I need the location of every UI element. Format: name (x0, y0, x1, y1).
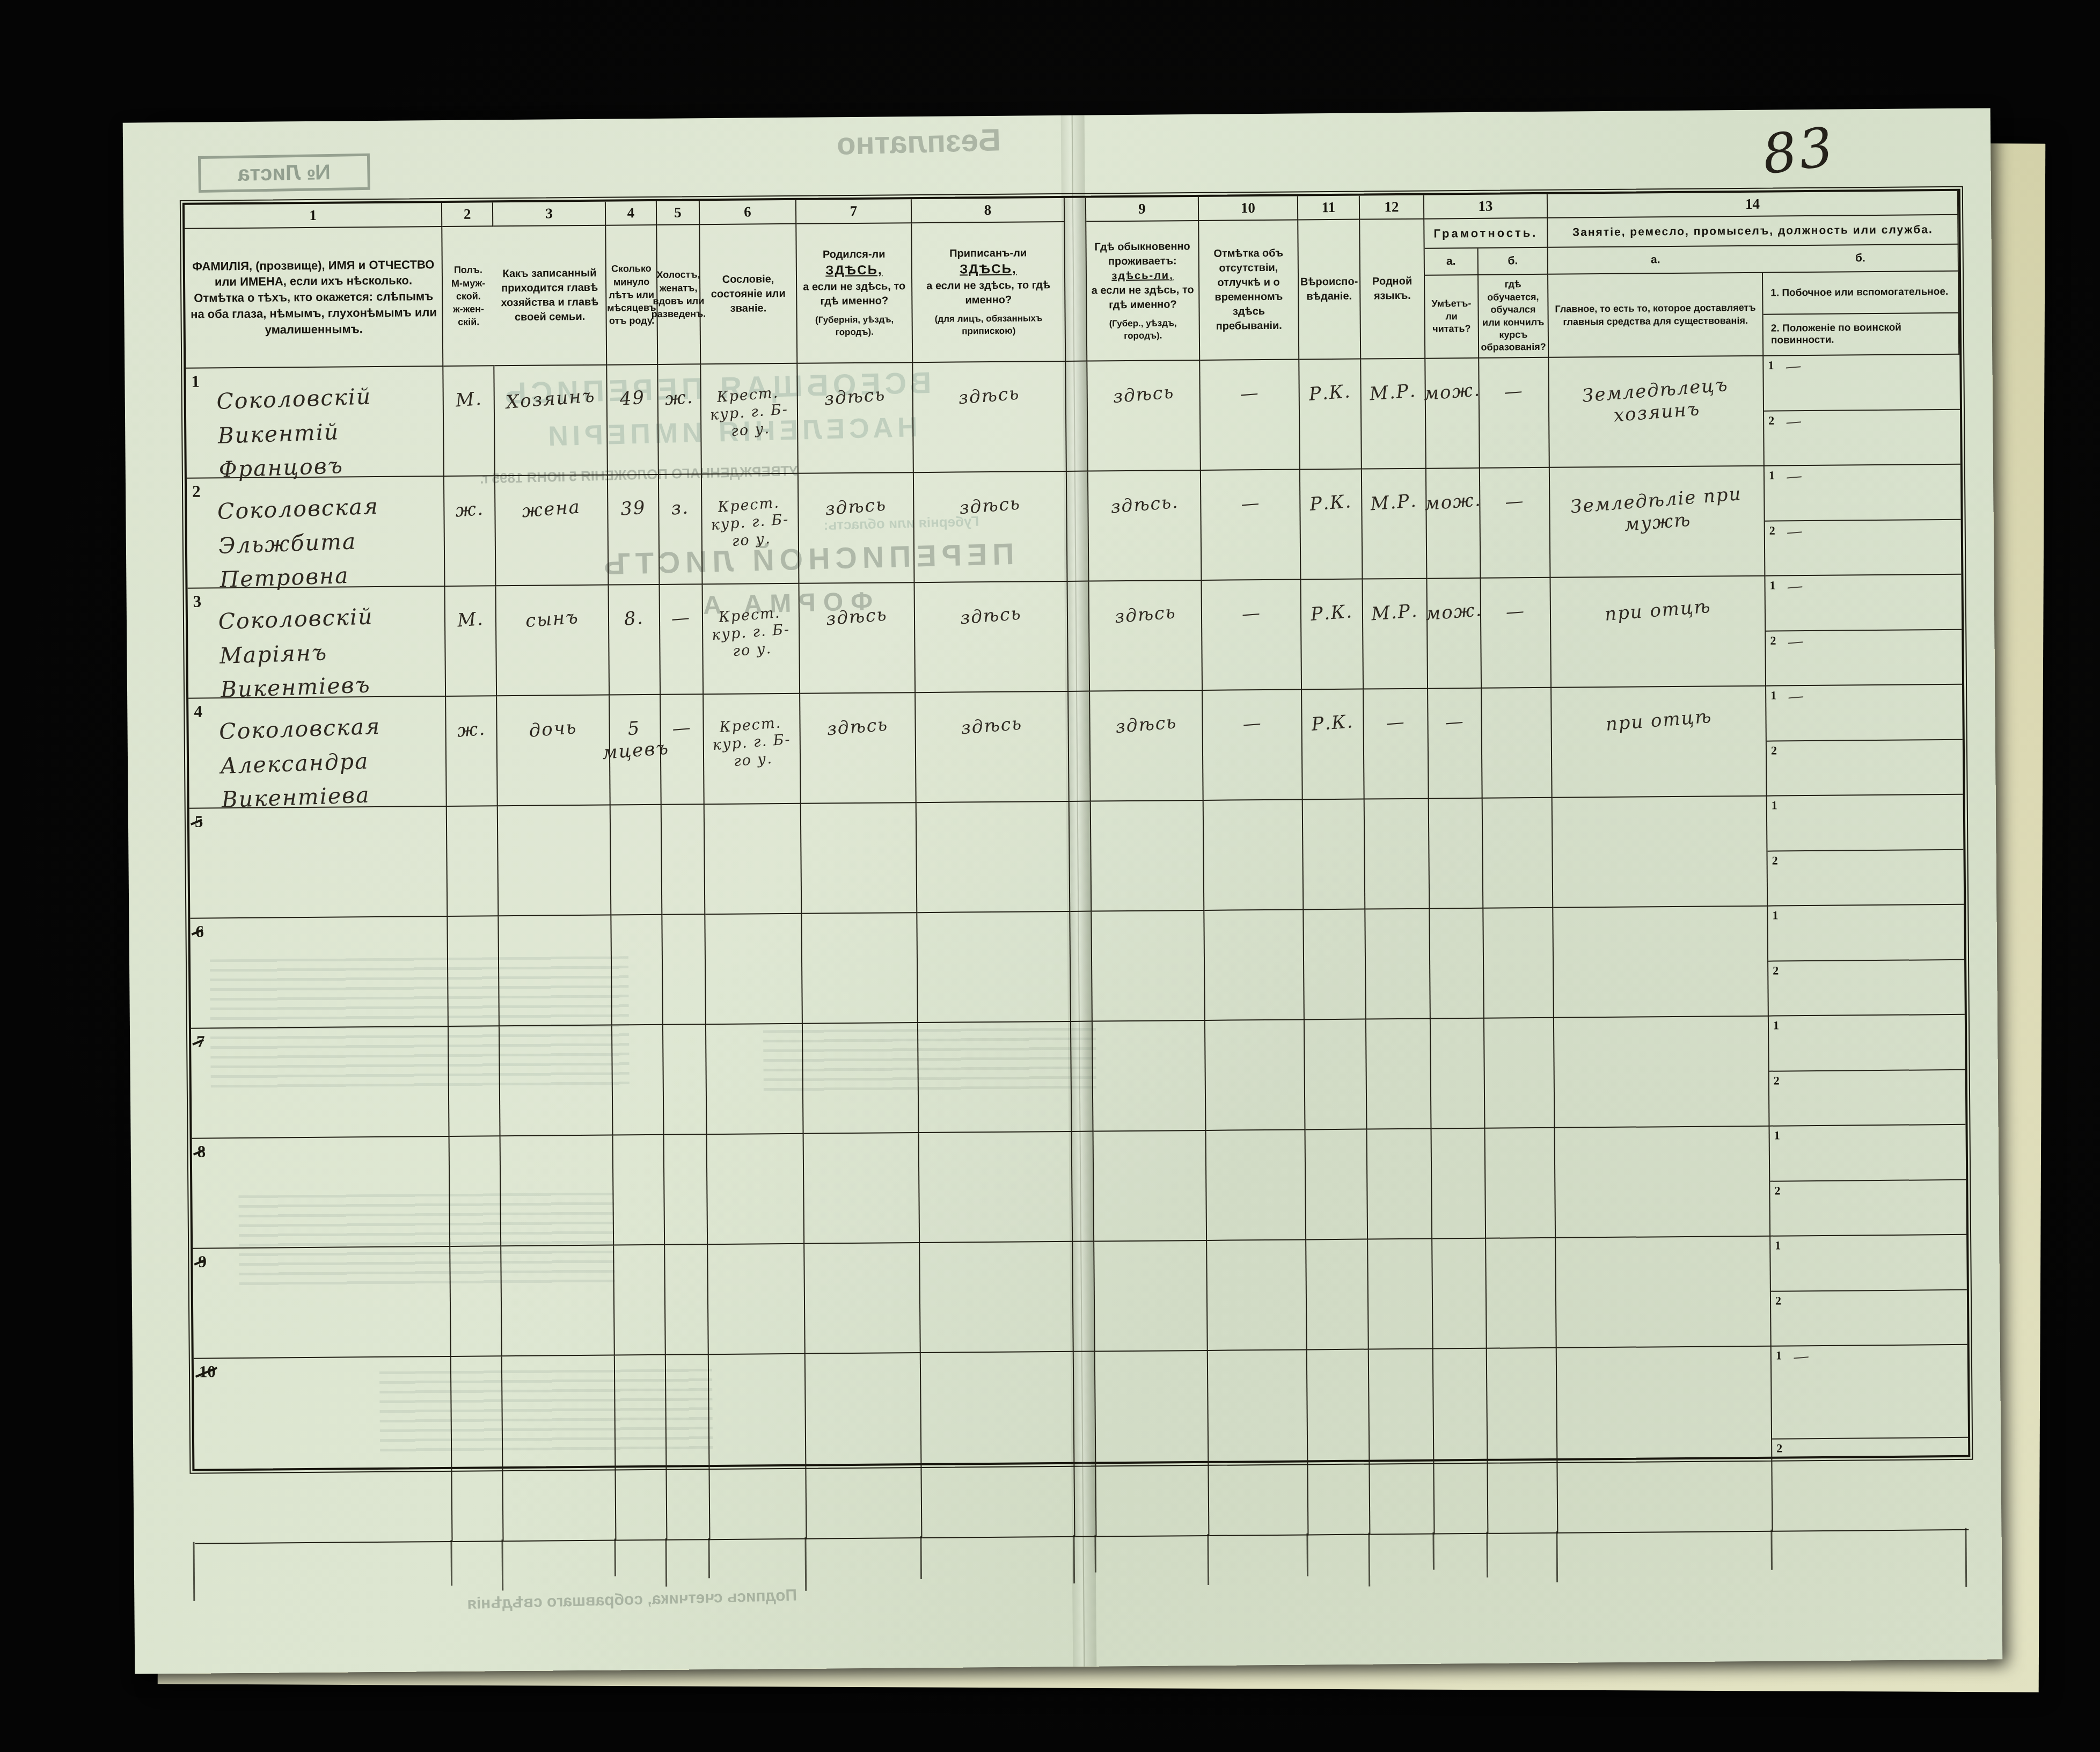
name-cell: 8 (192, 1137, 451, 1249)
absence-note-cell (1204, 910, 1305, 1020)
name-cell: 4 Соколовская Александра Викентіева (188, 697, 447, 809)
main-occupation-cell (1554, 1017, 1770, 1128)
head-reg-note: (для лицъ, обязанныхъ припискою) (917, 312, 1060, 338)
head-lives-post: а если не здѣсь, то гдѣ именно? (1091, 283, 1194, 313)
born-here-cell (806, 1353, 923, 1539)
sex-cell: М. (445, 586, 497, 697)
can-read-cell (1432, 1239, 1487, 1349)
name-cell: 3 Соколовскій Маріянъ Викентіевъ (188, 587, 447, 699)
head-reg-emph: ЗДѢСЬ, (960, 261, 1017, 279)
head-reg-pre: Приписанъ-ли (949, 246, 1027, 261)
native-language-cell: М.Р. (1363, 579, 1428, 690)
col-head-born: Родился-ли ЗДѢСЬ, а если не здѣсь, то гд… (796, 223, 913, 364)
marital-cell (664, 1135, 708, 1245)
occupation-b-desc: 1. Побочное или вспомогательное. 2. Поло… (1763, 272, 1959, 356)
age-cell: 8. (609, 585, 661, 696)
occupation-a-label: а. (1548, 246, 1763, 275)
col-head-marital: Холостъ, женатъ, вдовъ или разведенъ. (657, 225, 701, 365)
scan-background: { "page": { "number": "83" }, "header": … (0, 0, 2100, 1752)
native-language-cell (1366, 1019, 1432, 1130)
estate-cell (706, 1024, 804, 1135)
sex-cell (449, 1026, 501, 1137)
side-occupation-cell: 1 2 (1767, 795, 1964, 907)
native-language-cell (1369, 1349, 1435, 1535)
rule-tails (123, 108, 1991, 122)
usual-residence-cell: здѣсь (1089, 581, 1203, 692)
col-head-language: Родной языкъ. (1360, 220, 1425, 360)
religion-cell (1304, 910, 1366, 1020)
name-value: Соколовская Александра Викентіева (187, 693, 447, 819)
col-head-absence: Отмѣтка объ отсутствіи, отлучкѣ и о врем… (1199, 221, 1299, 361)
head-reg-post: а если не здѣсь, то гдѣ именно? (917, 278, 1060, 308)
name-cell: 10 (194, 1357, 453, 1544)
registered-here-cell: здѣсь (914, 472, 1068, 583)
absence-note-cell: — (1200, 360, 1300, 471)
main-occupation-cell (1556, 1237, 1772, 1348)
main-occupation-cell (1555, 1127, 1770, 1238)
marital-cell (662, 915, 706, 1025)
name-value: Соколовскій Маріянъ Викентіевъ (186, 583, 447, 709)
col-number: 7 (796, 199, 912, 224)
occupation-b-label: б. (1763, 245, 1959, 273)
side-occupation-cell: 1 — 2 (1772, 1345, 1969, 1532)
census-table: 1 2 3 4 5 6 7 8 9 10 11 12 13 14 ФАМИЛІЯ… (182, 189, 1970, 1471)
usual-residence-cell: здѣсь (1087, 361, 1201, 472)
usual-residence-cell (1094, 1241, 1208, 1352)
col-number: 8 (912, 198, 1065, 223)
name-value: Соколовская Эльжбита Петровна (185, 473, 445, 598)
relation-cell: Хозяинъ (494, 366, 608, 477)
religion-cell (1307, 1350, 1371, 1536)
main-occupation-cell: Земледѣлецъ хозяинъ (1549, 356, 1765, 468)
col-number: 11 (1298, 196, 1360, 221)
born-here-cell: здѣсь (799, 583, 916, 694)
col-number: 9 (1086, 197, 1199, 222)
col-head-sex: Полъ. М-муж-ской. ж-жен-скій. (442, 227, 494, 367)
side-occupation-cell: 1 — 2 — (1765, 575, 1962, 687)
absence-note-cell (1207, 1240, 1307, 1350)
education-cell: — (1481, 578, 1552, 689)
relation-cell (502, 1356, 617, 1542)
registered-here-cell (920, 1242, 1074, 1353)
name-cell: 7 (191, 1027, 450, 1139)
usual-residence-cell (1095, 1351, 1210, 1537)
col-number: 12 (1360, 195, 1424, 220)
head-born-note: (Губернія, уѣздъ, городъ). (802, 313, 908, 339)
side-occupation-sub1: 1 (1768, 905, 1964, 961)
col-number: 14 (1548, 191, 1958, 218)
age-cell (614, 1245, 666, 1356)
native-language-cell (1365, 799, 1430, 910)
main-occupation-cell: Земледѣліе при мужѣ (1550, 466, 1766, 578)
side-occupation-sub1: 1 — (1765, 575, 1962, 631)
col-number: 6 (700, 200, 796, 225)
col-head-lives: Гдѣ обыкновенно проживаетъ: здѣсь-ли, а … (1086, 221, 1200, 362)
estate-cell: Крест. кур. г. Б-го у. (702, 474, 800, 585)
military-status-sub2: 2 (1768, 960, 1965, 1015)
religion-cell (1305, 1020, 1367, 1130)
estate-cell: Крест. кур. г. Б-го у. (701, 364, 799, 474)
head-lives-note: (Губер., уѣздъ, городъ). (1092, 317, 1195, 342)
absence-note-cell: — (1203, 690, 1303, 800)
military-status-sub2: 2 — (1765, 520, 1962, 575)
registered-here-cell (917, 802, 1071, 913)
col-head-name: ФАМИЛІЯ, (прозвище), ИМЯ и ОТЧЕСТВО или … (185, 227, 443, 369)
fold-gap (1069, 692, 1091, 802)
main-occupation-cell (1557, 1347, 1773, 1534)
name-cell: 5 (189, 807, 448, 919)
occupation-b-item2: 2. Положеніе по воинской повинности. (1764, 313, 1959, 355)
can-read-cell: мож. (1425, 359, 1480, 469)
relation-cell (501, 1246, 615, 1357)
occupation-group-title: Занятіе, ремесло, промыселъ, должность и… (1548, 215, 1958, 248)
born-here-cell (803, 1023, 919, 1134)
marital-cell (665, 1245, 709, 1355)
col-head-religion: Вѣроиспо-вѣданіе. (1298, 220, 1361, 360)
sex-cell (451, 1356, 504, 1542)
fold-gap (1074, 1352, 1097, 1537)
military-status-sub2: 2 (1770, 1180, 1966, 1235)
col-head-relation: Какъ записанный приходится главѣ хозяйст… (493, 226, 607, 367)
military-status-sub2: 2 (1772, 1437, 1969, 1530)
occupation-b-item1: 1. Побочное или вспомогательное. (1763, 272, 1958, 315)
name-value: Соколовскій Викентій Францовъ (185, 363, 445, 488)
marital-cell: з. (659, 474, 703, 585)
absence-note-cell: — (1201, 470, 1301, 580)
education-cell (1484, 1018, 1555, 1129)
education-cell (1483, 908, 1554, 1019)
religion-cell: Р.К. (1299, 360, 1362, 470)
can-read-cell: мож. (1427, 579, 1482, 689)
head-born-emph: ЗДѢСЬ, (825, 262, 883, 280)
military-status-sub2: 2 (1769, 1070, 1966, 1125)
estate-cell (708, 1244, 806, 1355)
marital-cell (666, 1355, 711, 1541)
fold-gap (1070, 912, 1093, 1022)
education-cell: — (1479, 358, 1550, 469)
sex-cell (450, 1136, 502, 1247)
fold-gap (1067, 472, 1089, 582)
age-cell (615, 1355, 668, 1541)
military-status-sub2: 2 — (1766, 630, 1962, 685)
name-cell: 9 (193, 1247, 451, 1359)
military-status-sub2: 2 — (1764, 410, 1960, 465)
registered-here-cell (921, 1352, 1075, 1538)
native-language-cell: М.Р. (1362, 469, 1428, 580)
col-number: 5 (657, 201, 700, 225)
education-cell (1483, 798, 1554, 909)
ghost-sheet-number-box: № Листа (198, 154, 370, 193)
registered-here-cell: здѣсь (913, 362, 1067, 473)
born-here-cell (804, 1133, 920, 1244)
religion-cell (1306, 1240, 1369, 1350)
absence-note-cell (1205, 1020, 1306, 1130)
col-number: 13 (1424, 194, 1548, 220)
military-status-sub2: 2 (1767, 850, 1964, 905)
side-occupation-sub1: 1 — (1765, 465, 1961, 521)
usual-residence-cell (1094, 1131, 1208, 1242)
can-read-cell: — (1428, 689, 1483, 799)
absence-note-cell (1206, 1130, 1307, 1240)
sex-cell: М. (443, 366, 495, 477)
absence-note-cell (1208, 1350, 1309, 1536)
estate-cell: Крест. кур. г. Б-го у. (703, 584, 800, 695)
native-language-cell (1367, 1129, 1433, 1240)
main-occupation-cell: при отцѣ (1550, 576, 1766, 688)
registered-here-cell (919, 1132, 1073, 1243)
education-cell (1487, 1348, 1558, 1534)
side-occupation-cell: 1 — 2 (1766, 685, 1963, 797)
side-occupation-sub1: 1 (1769, 1125, 1966, 1181)
head-lives-pre: Гдѣ обыкновенно проживаетъ: (1091, 239, 1194, 269)
side-occupation-sub1: 1 (1769, 1015, 1965, 1071)
born-here-cell: здѣсь (797, 363, 914, 474)
fold-gap (1073, 1242, 1095, 1352)
literacy-b-desc: гдѣ обучается, обучался или кончилъ курс… (1479, 275, 1549, 359)
registered-here-cell (917, 912, 1071, 1023)
religion-cell: Р.К. (1302, 690, 1365, 800)
col-head-registered: Приписанъ-ли ЗДѢСЬ, а если не здѣсь, то … (912, 222, 1066, 363)
native-language-cell (1365, 909, 1431, 1020)
age-cell: 5 мцевъ (610, 695, 662, 806)
fold-gap (1072, 1132, 1095, 1242)
literacy-group-title: Грамотность. (1424, 218, 1548, 249)
religion-cell (1306, 1130, 1369, 1240)
col-number: 10 (1199, 196, 1298, 221)
sex-cell: ж. (444, 476, 496, 587)
head-born-pre: Родился-ли (823, 247, 886, 262)
col-number: 1 (185, 203, 442, 229)
can-read-cell (1432, 1129, 1487, 1239)
fold-gap (1070, 802, 1092, 912)
registered-here-cell (918, 1022, 1072, 1133)
fold-gap (1066, 362, 1088, 472)
side-occupation-sub1: 1 (1770, 1235, 1967, 1291)
born-here-cell (804, 1243, 921, 1354)
sex-cell (448, 916, 500, 1027)
table-body: 1 Соколовскій Викентій Францовъ М. Хозяи… (186, 355, 1968, 1469)
sex-cell (450, 1246, 502, 1357)
ghost-sheet-number: № Листа (238, 160, 331, 186)
native-language-cell (1368, 1239, 1433, 1350)
age-cell (613, 1135, 665, 1246)
usual-residence-cell (1092, 911, 1205, 1022)
can-read-cell (1429, 799, 1484, 909)
education-cell (1486, 1128, 1556, 1239)
main-occupation-cell: при отцѣ (1552, 687, 1767, 798)
marital-cell (662, 805, 706, 915)
estate-cell (709, 1354, 807, 1540)
col-head-age: Сколько минуло лѣтъ или мѣсяцевъ отъ род… (606, 225, 658, 366)
main-occupation-cell (1553, 797, 1768, 908)
fold-gap (1067, 582, 1090, 692)
can-read-cell: мож. (1426, 469, 1481, 579)
sex-cell: ж. (446, 696, 498, 807)
marital-cell: — (661, 695, 705, 805)
registered-here-cell: здѣсь (914, 582, 1069, 693)
relation-cell (498, 806, 612, 917)
born-here-cell (802, 913, 918, 1024)
relation-cell (499, 916, 612, 1027)
age-cell (611, 805, 663, 916)
native-language-cell: М.Р. (1361, 359, 1426, 470)
side-occupation-sub1: 1 — (1766, 685, 1963, 741)
sex-cell (447, 806, 499, 917)
literacy-a-label: а. (1425, 249, 1479, 276)
side-occupation-cell: 1 2 (1768, 905, 1965, 1017)
absence-note-cell: — (1202, 580, 1302, 690)
occupation-a-desc: Главное, то есть то, которое доставляетъ… (1548, 273, 1764, 358)
military-status-sub2: 2 (1771, 1290, 1967, 1345)
side-occupation-cell: 1 2 (1769, 1125, 1966, 1237)
ghost-bezplatno: Безплатно (836, 122, 1001, 162)
education-cell (1486, 1238, 1557, 1349)
usual-residence-cell: здѣсь. (1088, 471, 1202, 582)
literacy-a-desc: Умѣетъ-ли читать? (1425, 275, 1479, 359)
religion-cell (1303, 800, 1366, 910)
table-header: 1 2 3 4 5 6 7 8 9 10 11 12 13 14 ФАМИЛІЯ… (185, 191, 1959, 369)
estate-cell (705, 804, 802, 915)
relation-cell (501, 1136, 614, 1247)
absence-note-cell (1204, 800, 1304, 910)
can-read-cell (1433, 1349, 1489, 1535)
can-read-cell (1431, 1019, 1486, 1129)
relation-cell: дочь (497, 696, 611, 807)
literacy-b-label: б. (1479, 248, 1548, 275)
head-born-post: а если не здѣсь, то гдѣ именно? (801, 279, 907, 309)
religion-cell: Р.К. (1301, 580, 1364, 690)
col-head-estate: Сословіе, состояніе или званіе. (700, 224, 797, 364)
age-cell (611, 915, 663, 1026)
marital-cell: ж. (658, 364, 702, 475)
name-cell: 2 Соколовская Эльжбита Петровна (187, 477, 445, 589)
side-occupation-sub1: 1 (1767, 795, 1964, 851)
side-occupation-sub1: 1 — (1772, 1345, 1968, 1439)
military-status-sub2: 2 (1767, 740, 1963, 795)
age-cell (612, 1025, 664, 1136)
native-language-cell: — (1364, 689, 1429, 800)
side-occupation-cell: 1 2 (1770, 1235, 1967, 1347)
marital-cell (663, 1025, 707, 1135)
name-cell: 6 (190, 917, 449, 1029)
relation-cell: сынъ (496, 586, 610, 697)
usual-residence-cell (1091, 801, 1205, 912)
ghost-footer-line: Подпись счетчика, собравшаго свѣдѣнія (467, 1587, 797, 1614)
fold-gap (1065, 198, 1087, 362)
can-read-cell (1430, 909, 1484, 1019)
estate-cell (707, 1134, 805, 1245)
col-number: 3 (493, 202, 606, 227)
born-here-cell: здѣсь (800, 693, 917, 804)
side-occupation-cell: 1 — 2 — (1765, 465, 1962, 576)
estate-cell: Крест. кур. г. Б-го у. (704, 694, 801, 805)
born-here-cell: здѣсь (799, 473, 915, 584)
marital-cell: — (660, 585, 704, 695)
census-form-page: № Листа Безплатно ВСЕОБЩАЯ ПЕРЕПИСЬ НАСЕ… (123, 108, 2003, 1674)
relation-cell (500, 1026, 613, 1137)
side-occupation-cell: 1 — 2 — (1764, 355, 1960, 466)
main-occupation-cell (1553, 907, 1769, 1018)
age-cell: 49 (607, 365, 659, 476)
usual-residence-cell: здѣсь (1090, 691, 1204, 802)
head-lives-emph: здѣсь-ли, (1111, 268, 1174, 283)
handwritten-page-number: 83 (1759, 115, 1839, 187)
education-cell (1482, 688, 1553, 799)
estate-cell (705, 914, 803, 1025)
fold-gap (1071, 1022, 1094, 1132)
name-cell: 1 Соколовскій Викентій Францовъ (186, 367, 444, 479)
relation-cell: жена (495, 476, 609, 587)
education-cell: — (1480, 468, 1551, 579)
usual-residence-cell (1093, 1021, 1206, 1132)
col-number: 2 (442, 202, 493, 227)
side-occupation-cell: 1 2 (1769, 1015, 1966, 1127)
age-cell: 39 (608, 475, 660, 586)
registered-here-cell: здѣсь (916, 692, 1070, 803)
religion-cell: Р.К. (1300, 470, 1363, 580)
side-occupation-sub1: 1 — (1764, 355, 1960, 411)
col-number: 4 (606, 201, 657, 226)
born-here-cell (801, 803, 918, 914)
